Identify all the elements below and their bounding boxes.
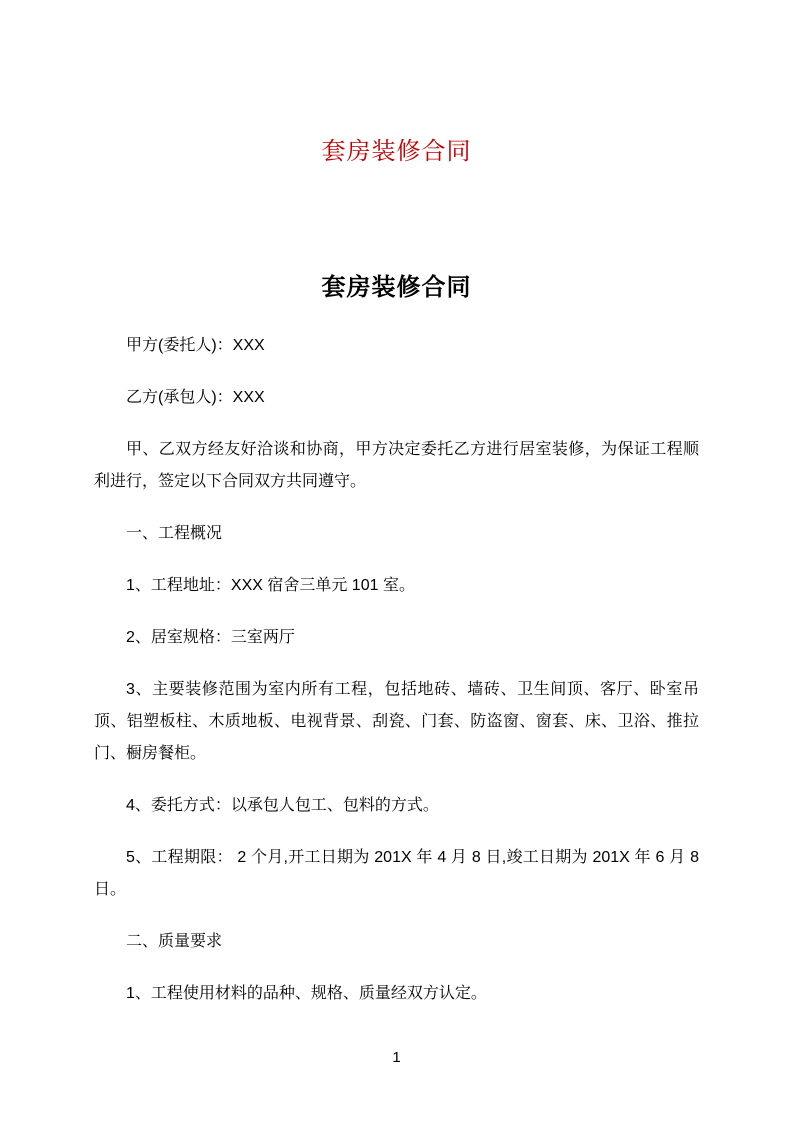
document-body: 甲方(委托人)：XXX 乙方(承包人)：XXX 甲、乙双方经友好洽谈和协商，甲方… xyxy=(94,330,699,1010)
header-title: 套房装修合同 xyxy=(94,140,699,164)
section-heading-quality: 二、质量要求 xyxy=(94,926,699,958)
paragraph-scope: 3、主要装修范围为室内所有工程，包括地砖、墙砖、卫生间顶、客厅、卧室吊顶、铝塑板… xyxy=(94,674,699,770)
paragraph-room-spec: 2、居室规格：三室两厅 xyxy=(94,622,699,654)
paragraph-delegation: 4、委托方式：以承包人包工、包料的方式。 xyxy=(94,790,699,822)
paragraph-party-b: 乙方(承包人)：XXX xyxy=(94,382,699,414)
document-title: 套房装修合同 xyxy=(94,276,699,300)
paragraph-materials: 1、工程使用材料的品种、规格、质量经双方认定。 xyxy=(94,978,699,1010)
paragraph-party-a: 甲方(委托人)：XXX xyxy=(94,330,699,362)
page-number: 1 xyxy=(0,1048,793,1068)
paragraph-address: 1、工程地址：XXX 宿舍三单元 101 室。 xyxy=(94,570,699,602)
section-heading-overview: 一、工程概况 xyxy=(94,518,699,550)
paragraph-preamble: 甲、乙双方经友好洽谈和协商，甲方决定委托乙方进行居室装修，为保证工程顺利进行，签… xyxy=(94,434,699,498)
paragraph-duration: 5、工程期限： 2 个月,开工日期为 201X 年 4 月 8 日,竣工日期为 … xyxy=(94,842,699,906)
document-page: 套房装修合同 套房装修合同 甲方(委托人)：XXX 乙方(承包人)：XXX 甲、… xyxy=(0,0,793,1122)
